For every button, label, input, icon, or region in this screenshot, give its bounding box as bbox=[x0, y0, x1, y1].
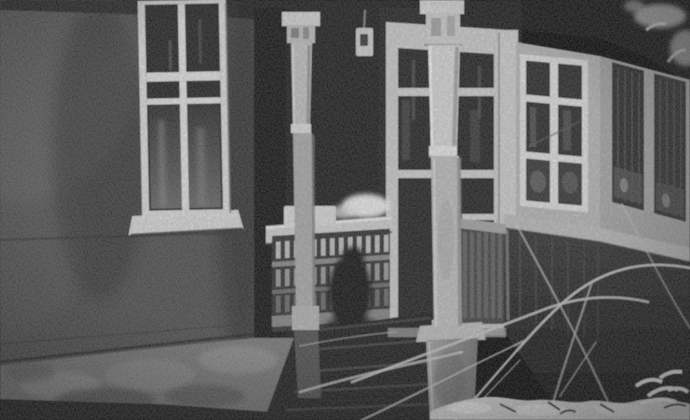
house-photo-svg bbox=[0, 0, 690, 420]
film-grain-dark bbox=[0, 0, 690, 420]
photograph bbox=[0, 0, 690, 420]
